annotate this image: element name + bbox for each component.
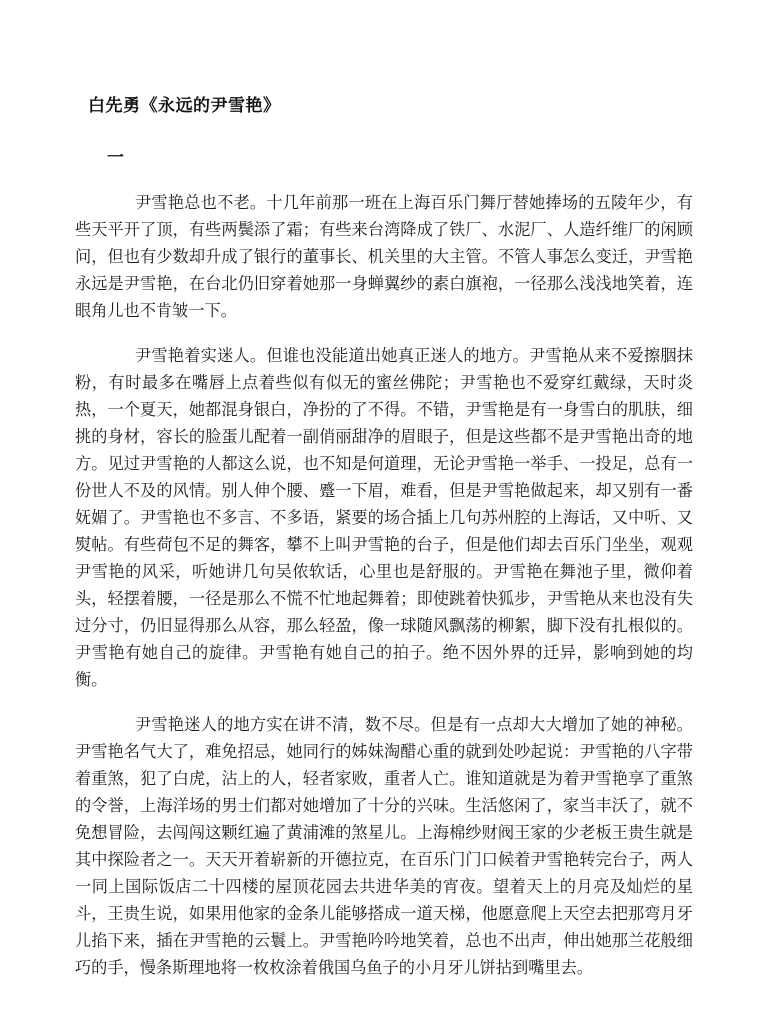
page-content: 白先勇《永远的尹雪艳》 一 尹雪艳总也不老。十几年前那一班在上海百乐门舞厅替她捧… bbox=[0, 0, 768, 982]
paragraph: 尹雪艳迷人的地方实在讲不清，数不尽。但是有一点却大大增加了她的神秘。尹雪艳名气大… bbox=[75, 712, 693, 982]
document-body: 尹雪艳总也不老。十几年前那一班在上海百乐门舞厅替她捧场的五陵年少，有些天平开了顶… bbox=[75, 190, 693, 982]
document-page: 白先勇《永远的尹雪艳》 一 尹雪艳总也不老。十几年前那一班在上海百乐门舞厅替她捧… bbox=[0, 0, 768, 1024]
paragraph: 尹雪艳着实迷人。但谁也没能道出她真正迷人的地方。尹雪艳从来不爱擦胭抹粉，有时最多… bbox=[75, 343, 693, 694]
document-title: 白先勇《永远的尹雪艳》 bbox=[75, 91, 693, 116]
section-number: 一 bbox=[75, 143, 693, 168]
paragraph: 尹雪艳总也不老。十几年前那一班在上海百乐门舞厅替她捧场的五陵年少，有些天平开了顶… bbox=[75, 190, 693, 325]
